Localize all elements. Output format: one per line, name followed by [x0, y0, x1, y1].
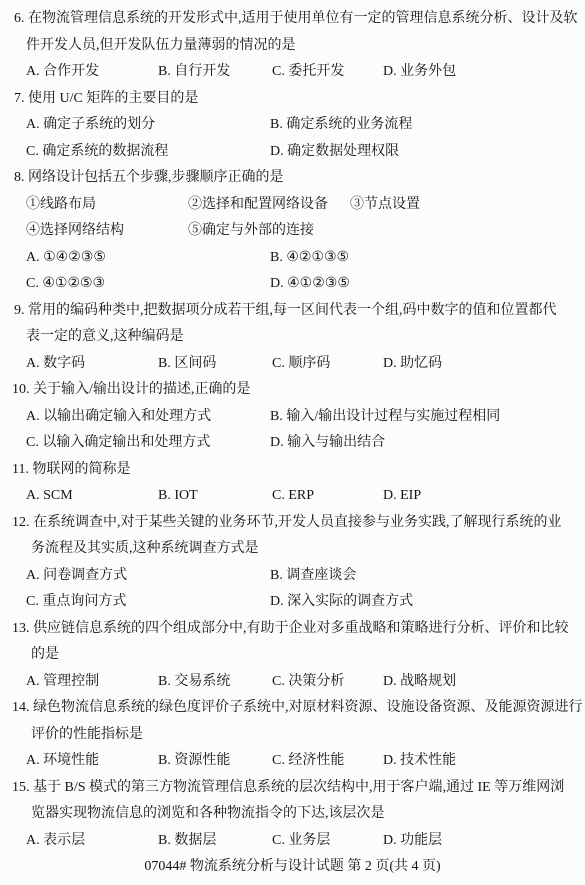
option-a: A. 以输出确定输入和处理方式 — [26, 404, 211, 431]
option-b: B. 自行开发 — [158, 59, 230, 86]
question-text: 务流程及其实质,这种系统调查方式是 — [31, 536, 259, 563]
question-14-options: A. 环境性能 B. 资源性能 C. 经济性能 D. 技术性能 — [0, 748, 585, 775]
question-13: 13. 供应链信息系统的四个组成部分中,有助于企业对多重战略和策略进行分析、评价… — [0, 616, 585, 696]
question-text: 7. 使用 U/C 矩阵的主要目的是 — [14, 86, 198, 113]
question-14-stem-line-2: 评价的性能指标是 — [0, 722, 585, 749]
question-15-stem-line-1: 15. 基于 B/S 模式的第三方物流管理信息系统的层次结构中,用于客户端,通过… — [0, 775, 585, 802]
option-a: A. 合作开发 — [26, 59, 99, 86]
question-11: 11. 物联网的简称是 A. SCM B. IOT C. ERP D. EIP — [0, 457, 585, 510]
question-7-stem-line-1: 7. 使用 U/C 矩阵的主要目的是 — [0, 86, 585, 113]
option-a: A. 环境性能 — [26, 748, 99, 775]
question-text: 的是 — [31, 642, 59, 669]
option-a: A. 确定子系统的划分 — [26, 112, 155, 139]
question-text: 10. 关于输入/输出设计的描述,正确的是 — [12, 377, 250, 404]
option-b: B. 资源性能 — [158, 748, 230, 775]
question-9-stem-line-1: 9. 常用的编码种类中,把数据项分成若干组,每一区间代表一个组,码中数字的值和位… — [0, 298, 585, 325]
question-7-options-row-1: A. 确定子系统的划分 B. 确定系统的业务流程 — [0, 112, 585, 139]
question-14-stem-line-1: 14. 绿色物流信息系统的绿色度评价子系统中,对原材料资源、设施设备资源、及能源… — [0, 695, 585, 722]
option-d: D. 业务外包 — [383, 59, 456, 86]
question-8-steps-row-2: ④选择网络结构 ⑤确定与外部的连接 — [0, 218, 585, 245]
step-5: ⑤确定与外部的连接 — [188, 218, 314, 245]
option-d: D. 深入实际的调查方式 — [270, 589, 413, 616]
question-10-stem-line-1: 10. 关于输入/输出设计的描述,正确的是 — [0, 377, 585, 404]
option-b: B. 交易系统 — [158, 669, 230, 696]
question-13-options: A. 管理控制 B. 交易系统 C. 决策分析 D. 战略规划 — [0, 669, 585, 696]
question-6-stem-line-2: 件开发人员,但开发队伍力量薄弱的情况的是 — [0, 33, 585, 60]
option-d: D. 战略规划 — [383, 669, 456, 696]
question-15-stem-line-2: 览器实现物流信息的浏览和各种物流指令的下达,该层次是 — [0, 801, 585, 828]
question-10: 10. 关于输入/输出设计的描述,正确的是 A. 以输出确定输入和处理方式 B.… — [0, 377, 585, 457]
question-text: 9. 常用的编码种类中,把数据项分成若干组,每一区间代表一个组,码中数字的值和位… — [14, 298, 557, 325]
option-d: D. 功能层 — [383, 828, 442, 855]
question-14: 14. 绿色物流信息系统的绿色度评价子系统中,对原材料资源、设施设备资源、及能源… — [0, 695, 585, 775]
option-d: D. 助忆码 — [383, 351, 442, 378]
option-d: D. EIP — [383, 483, 421, 510]
question-text: 件开发人员,但开发队伍力量薄弱的情况的是 — [26, 33, 296, 60]
option-b: B. 确定系统的业务流程 — [270, 112, 412, 139]
question-13-stem-line-1: 13. 供应链信息系统的四个组成部分中,有助于企业对多重战略和策略进行分析、评价… — [0, 616, 585, 643]
option-c: C. 委托开发 — [272, 59, 344, 86]
question-9-stem-line-2: 表一定的意义,这种编码是 — [0, 324, 585, 351]
question-text: 12. 在系统调查中,对于某些关键的业务环节,开发人员直接参与业务实践,了解现行… — [12, 510, 562, 537]
option-a: A. ①④②③⑤ — [26, 245, 106, 272]
question-8-steps-row-1: ①线路布局 ②选择和配置网络设备 ③节点设置 — [0, 192, 585, 219]
step-1: ①线路布局 — [26, 192, 96, 219]
question-text: 览器实现物流信息的浏览和各种物流指令的下达,该层次是 — [31, 801, 385, 828]
option-c: C. 重点询问方式 — [26, 589, 126, 616]
step-3: ③节点设置 — [350, 192, 420, 219]
option-b: B. 输入/输出设计过程与实施过程相同 — [270, 404, 500, 431]
question-text: 6. 在物流管理信息系统的开发形式中,适用于使用单位有一定的管理信息系统分析、设… — [14, 6, 578, 33]
option-c: C. ERP — [272, 483, 314, 510]
question-7-options-row-2: C. 确定系统的数据流程 D. 确定数据处理权限 — [0, 139, 585, 166]
question-10-options-row-2: C. 以输入确定输出和处理方式 D. 输入与输出结合 — [0, 430, 585, 457]
question-12: 12. 在系统调查中,对于某些关键的业务环节,开发人员直接参与业务实践,了解现行… — [0, 510, 585, 616]
option-d: D. 输入与输出结合 — [270, 430, 385, 457]
option-c: C. ④①②⑤③ — [26, 271, 105, 298]
page-footer: 07044# 物流系统分析与设计试题 第 2 页(共 4 页) — [0, 854, 585, 881]
question-6-stem-line-1: 6. 在物流管理信息系统的开发形式中,适用于使用单位有一定的管理信息系统分析、设… — [0, 6, 585, 33]
option-b: B. 调查座谈会 — [270, 563, 356, 590]
question-8-options-row-2: C. ④①②⑤③ D. ④①②③⑤ — [0, 271, 585, 298]
question-9-options: A. 数字码 B. 区间码 C. 顺序码 D. 助忆码 — [0, 351, 585, 378]
option-c: C. 决策分析 — [272, 669, 344, 696]
question-8-options-row-1: A. ①④②③⑤ B. ④②①③⑤ — [0, 245, 585, 272]
question-text: 11. 物联网的简称是 — [12, 457, 130, 484]
question-8: 8. 网络设计包括五个步骤,步骤顺序正确的是 ①线路布局 ②选择和配置网络设备 … — [0, 165, 585, 298]
option-c: C. 业务层 — [272, 828, 330, 855]
question-text: 13. 供应链信息系统的四个组成部分中,有助于企业对多重战略和策略进行分析、评价… — [12, 616, 569, 643]
page-footer-text: 07044# 物流系统分析与设计试题 第 2 页(共 4 页) — [144, 859, 440, 874]
option-a: A. 管理控制 — [26, 669, 99, 696]
question-12-stem-line-2: 务流程及其实质,这种系统调查方式是 — [0, 536, 585, 563]
question-text: 15. 基于 B/S 模式的第三方物流管理信息系统的层次结构中,用于客户端,通过… — [12, 775, 564, 802]
question-text: 表一定的意义,这种编码是 — [26, 324, 184, 351]
question-text: 评价的性能指标是 — [31, 722, 143, 749]
option-a: A. 表示层 — [26, 828, 85, 855]
option-c: C. 以输入确定输出和处理方式 — [26, 430, 210, 457]
question-6-options: A. 合作开发 B. 自行开发 C. 委托开发 D. 业务外包 — [0, 59, 585, 86]
question-8-stem-line-1: 8. 网络设计包括五个步骤,步骤顺序正确的是 — [0, 165, 585, 192]
question-12-options-row-1: A. 问卷调查方式 B. 调查座谈会 — [0, 563, 585, 590]
option-d: D. ④①②③⑤ — [270, 271, 350, 298]
option-c: C. 经济性能 — [272, 748, 344, 775]
option-b: B. ④②①③⑤ — [270, 245, 349, 272]
question-11-options: A. SCM B. IOT C. ERP D. EIP — [0, 483, 585, 510]
question-12-stem-line-1: 12. 在系统调查中,对于某些关键的业务环节,开发人员直接参与业务实践,了解现行… — [0, 510, 585, 537]
option-a: A. SCM — [26, 483, 73, 510]
option-d: D. 确定数据处理权限 — [270, 139, 399, 166]
option-b: B. 数据层 — [158, 828, 216, 855]
question-11-stem-line-1: 11. 物联网的简称是 — [0, 457, 585, 484]
question-9: 9. 常用的编码种类中,把数据项分成若干组,每一区间代表一个组,码中数字的值和位… — [0, 298, 585, 378]
option-a: A. 数字码 — [26, 351, 85, 378]
question-15-options: A. 表示层 B. 数据层 C. 业务层 D. 功能层 — [0, 828, 585, 855]
option-b: B. IOT — [158, 483, 198, 510]
question-text: 8. 网络设计包括五个步骤,步骤顺序正确的是 — [14, 165, 284, 192]
option-d: D. 技术性能 — [383, 748, 456, 775]
question-13-stem-line-2: 的是 — [0, 642, 585, 669]
option-a: A. 问卷调查方式 — [26, 563, 127, 590]
question-10-options-row-1: A. 以输出确定输入和处理方式 B. 输入/输出设计过程与实施过程相同 — [0, 404, 585, 431]
question-7: 7. 使用 U/C 矩阵的主要目的是 A. 确定子系统的划分 B. 确定系统的业… — [0, 86, 585, 166]
option-c: C. 确定系统的数据流程 — [26, 139, 168, 166]
question-text: 14. 绿色物流信息系统的绿色度评价子系统中,对原材料资源、设施设备资源、及能源… — [12, 695, 583, 722]
question-12-options-row-2: C. 重点询问方式 D. 深入实际的调查方式 — [0, 589, 585, 616]
option-b: B. 区间码 — [158, 351, 216, 378]
exam-page: 6. 在物流管理信息系统的开发形式中,适用于使用单位有一定的管理信息系统分析、设… — [0, 0, 585, 885]
option-c: C. 顺序码 — [272, 351, 330, 378]
step-4: ④选择网络结构 — [26, 218, 124, 245]
question-6: 6. 在物流管理信息系统的开发形式中,适用于使用单位有一定的管理信息系统分析、设… — [0, 6, 585, 86]
step-2: ②选择和配置网络设备 — [188, 192, 328, 219]
question-15: 15. 基于 B/S 模式的第三方物流管理信息系统的层次结构中,用于客户端,通过… — [0, 775, 585, 855]
